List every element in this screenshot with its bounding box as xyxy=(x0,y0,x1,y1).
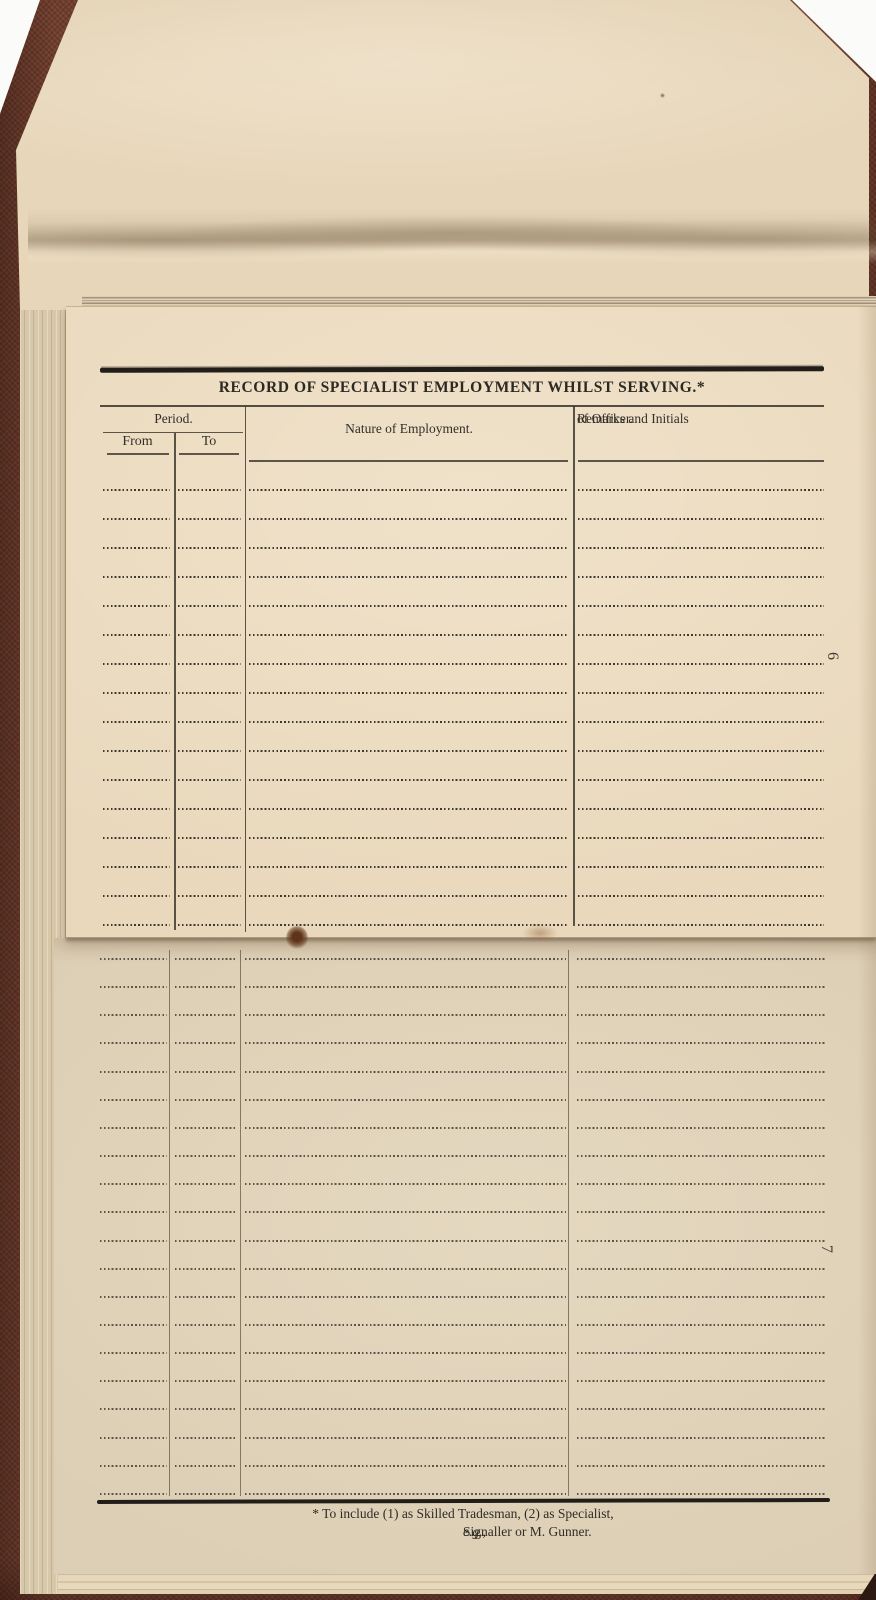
dotted-entry-line xyxy=(175,1127,236,1129)
dotted-entry-line xyxy=(100,1380,167,1382)
dotted-entry-line xyxy=(245,1042,566,1044)
dotted-entry-line xyxy=(100,1352,167,1354)
ink-stain xyxy=(286,926,308,950)
dotted-entry-line xyxy=(578,866,824,868)
dotted-entry-line xyxy=(578,489,824,491)
dotted-entry-line xyxy=(578,808,824,810)
thin-rule-under-title xyxy=(100,405,824,407)
dotted-entry-line xyxy=(175,1437,236,1439)
dotted-entry-line xyxy=(178,837,241,839)
dotted-entry-line xyxy=(249,692,568,694)
dotted-entry-line xyxy=(577,1268,826,1270)
dotted-entry-line xyxy=(245,1352,566,1354)
dotted-entry-line xyxy=(178,808,241,810)
dotted-entry-line xyxy=(103,837,170,839)
dotted-entry-line xyxy=(175,1071,236,1073)
dotted-entry-line xyxy=(103,779,170,781)
footnote-rest: Signaller or M. Gunner. xyxy=(463,1524,592,1540)
column-header-from: From xyxy=(103,434,172,450)
dotted-entry-line xyxy=(103,634,170,636)
dotted-entry-line xyxy=(178,721,241,723)
column-divider-from-to xyxy=(174,433,176,930)
dotted-entry-line xyxy=(175,1352,236,1354)
dotted-entry-line xyxy=(103,721,170,723)
smudge-stain xyxy=(522,924,558,942)
dotted-entry-line xyxy=(175,1408,236,1410)
to-underline xyxy=(179,453,239,455)
dotted-entry-line xyxy=(578,634,824,636)
dotted-entry-line xyxy=(249,837,568,839)
dotted-entry-line xyxy=(578,518,824,520)
column-divider-nature-remarks-p7 xyxy=(568,950,569,1496)
dotted-entry-line xyxy=(103,866,170,868)
remarks-header-line2: of Officer. xyxy=(577,412,633,427)
dotted-entry-line xyxy=(577,986,826,988)
dotted-entry-line xyxy=(578,663,824,665)
dotted-entry-line xyxy=(245,1211,566,1213)
dotted-entry-line xyxy=(175,1493,236,1495)
dotted-entry-line xyxy=(100,1211,167,1213)
dotted-entry-line xyxy=(103,605,170,607)
dotted-entry-line xyxy=(175,1099,236,1101)
nature-header-underline xyxy=(249,460,568,462)
dotted-entry-line xyxy=(577,1071,826,1073)
dotted-entry-line xyxy=(175,1380,236,1382)
dotted-entry-line xyxy=(249,489,568,491)
dotted-entry-line xyxy=(249,721,568,723)
page-leaf-6 xyxy=(66,306,876,938)
dotted-entry-line xyxy=(245,1127,566,1129)
dotted-entry-line xyxy=(175,1042,236,1044)
column-header-period: Period. xyxy=(103,411,244,427)
record-book-scan: RECORD OF SPECIALIST EMPLOYMENT WHILST S… xyxy=(0,0,876,1600)
dotted-entry-line xyxy=(178,750,241,752)
dotted-entry-line xyxy=(578,721,824,723)
page-number-6: 6 xyxy=(821,645,843,667)
dotted-entry-line xyxy=(178,576,241,578)
dotted-entry-line xyxy=(245,1465,566,1467)
dotted-entry-line xyxy=(245,1099,566,1101)
dotted-entry-line xyxy=(577,1493,826,1495)
column-divider-nature-remarks xyxy=(573,406,575,926)
dotted-entry-line xyxy=(100,1465,167,1467)
dotted-entry-line xyxy=(578,576,824,578)
dotted-entry-line xyxy=(103,663,170,665)
page-title: RECORD OF SPECIALIST EMPLOYMENT WHILST S… xyxy=(100,379,824,397)
dotted-entry-line xyxy=(100,1099,167,1101)
dotted-entry-line xyxy=(178,895,241,897)
dotted-entry-line xyxy=(577,1465,826,1467)
dotted-entry-line xyxy=(578,779,824,781)
dotted-entry-line xyxy=(100,1014,167,1016)
dotted-entry-line xyxy=(178,489,241,491)
dotted-entry-line xyxy=(103,576,170,578)
dotted-entry-line xyxy=(175,1211,236,1213)
dotted-entry-line xyxy=(178,634,241,636)
dotted-entry-line xyxy=(103,489,170,491)
dotted-entry-line xyxy=(100,1437,167,1439)
dotted-entry-line xyxy=(100,1127,167,1129)
dotted-entry-line xyxy=(577,958,826,960)
paper-speck xyxy=(660,93,665,98)
dotted-entry-line xyxy=(245,1408,566,1410)
column-divider-from-to-p7 xyxy=(169,950,170,1496)
dotted-entry-line xyxy=(100,986,167,988)
bottom-page-edge-stack xyxy=(58,1574,876,1594)
dotted-entry-line xyxy=(249,518,568,520)
dotted-entry-line xyxy=(245,1324,566,1326)
dotted-entry-line xyxy=(577,1324,826,1326)
dotted-entry-line xyxy=(175,1268,236,1270)
dotted-entry-line xyxy=(249,547,568,549)
dotted-entry-line xyxy=(175,1155,236,1157)
paper-crease xyxy=(28,203,876,267)
dotted-entry-line xyxy=(577,1127,826,1129)
dotted-entry-line xyxy=(245,1437,566,1439)
dotted-entry-line xyxy=(577,1155,826,1157)
dotted-entry-line xyxy=(100,1493,167,1495)
dotted-entry-line xyxy=(245,1071,566,1073)
dotted-entry-line xyxy=(245,1155,566,1157)
dotted-entry-line xyxy=(577,1380,826,1382)
dotted-entry-line xyxy=(245,1240,566,1242)
dotted-entry-line xyxy=(577,1099,826,1101)
dotted-entry-line xyxy=(245,986,566,988)
dotted-entry-line xyxy=(178,692,241,694)
dotted-entry-line xyxy=(249,576,568,578)
dotted-entry-line xyxy=(175,958,236,960)
dotted-entry-line xyxy=(103,808,170,810)
dotted-entry-line xyxy=(577,1042,826,1044)
dotted-entry-line xyxy=(249,779,568,781)
dotted-entry-line xyxy=(175,986,236,988)
dotted-entry-line xyxy=(100,958,167,960)
dotted-entry-line xyxy=(578,547,824,549)
dotted-entry-line xyxy=(178,663,241,665)
dotted-entry-line xyxy=(100,1408,167,1410)
dotted-entry-line xyxy=(249,663,568,665)
dotted-entry-line xyxy=(103,547,170,549)
dotted-entry-line xyxy=(245,1296,566,1298)
dotted-entry-line xyxy=(175,1296,236,1298)
dotted-entry-line xyxy=(577,1240,826,1242)
column-divider-to-nature-p7 xyxy=(240,950,241,1496)
page-leaf-7 xyxy=(54,938,876,1574)
dotted-entry-line xyxy=(577,1014,826,1016)
dotted-entry-line xyxy=(175,1465,236,1467)
dotted-entry-line xyxy=(178,605,241,607)
dotted-entry-line xyxy=(100,1324,167,1326)
column-header-to: To xyxy=(176,434,242,450)
dotted-entry-line xyxy=(245,1183,566,1185)
column-divider-to-nature xyxy=(245,406,247,932)
dotted-entry-line xyxy=(103,692,170,694)
dotted-entry-line xyxy=(100,1240,167,1242)
dotted-entry-line xyxy=(103,924,170,926)
dotted-entry-line xyxy=(100,1155,167,1157)
dotted-entry-line xyxy=(175,1183,236,1185)
from-underline xyxy=(107,453,169,455)
dotted-entry-line xyxy=(245,1493,566,1495)
dotted-entry-line xyxy=(103,750,170,752)
dotted-entry-line xyxy=(577,1183,826,1185)
dotted-entry-line xyxy=(577,1211,826,1213)
dotted-entry-line xyxy=(578,837,824,839)
dotted-entry-line xyxy=(178,924,241,926)
dotted-entry-line xyxy=(577,1408,826,1410)
dotted-entry-line xyxy=(100,1042,167,1044)
dotted-entry-line xyxy=(578,692,824,694)
dotted-entry-line xyxy=(249,605,568,607)
dotted-entry-line xyxy=(178,547,241,549)
dotted-entry-line xyxy=(249,750,568,752)
dotted-entry-line xyxy=(100,1296,167,1298)
remarks-header-underline xyxy=(578,460,824,462)
dotted-entry-line xyxy=(577,1352,826,1354)
dotted-entry-line xyxy=(178,779,241,781)
period-underline xyxy=(103,432,243,434)
dotted-entry-line xyxy=(245,958,566,960)
dotted-entry-line xyxy=(175,1324,236,1326)
dotted-entry-line xyxy=(178,866,241,868)
dotted-entry-line xyxy=(178,518,241,520)
dotted-entry-line xyxy=(175,1240,236,1242)
page-number-7: 7 xyxy=(815,1238,837,1260)
dotted-entry-line xyxy=(249,866,568,868)
dotted-entry-line xyxy=(578,605,824,607)
dotted-entry-line xyxy=(577,1437,826,1439)
dotted-entry-line xyxy=(100,1071,167,1073)
dotted-entry-line xyxy=(577,1296,826,1298)
column-header-nature-of-employment: Nature of Employment. xyxy=(249,421,569,437)
dotted-entry-line xyxy=(245,1268,566,1270)
dotted-entry-line xyxy=(103,518,170,520)
dotted-entry-line xyxy=(245,1380,566,1382)
dotted-entry-line xyxy=(578,750,824,752)
dotted-entry-line xyxy=(578,924,824,926)
footnote-line1: * To include (1) as Skilled Tradesman, (… xyxy=(100,1506,826,1522)
dotted-entry-line xyxy=(245,1014,566,1016)
dotted-entry-line xyxy=(578,895,824,897)
dotted-entry-line xyxy=(249,634,568,636)
dotted-entry-line xyxy=(100,1183,167,1185)
dotted-entry-line xyxy=(103,895,170,897)
dotted-entry-line xyxy=(249,808,568,810)
dotted-entry-line xyxy=(100,1268,167,1270)
dotted-entry-line xyxy=(175,1014,236,1016)
dotted-entry-line xyxy=(249,895,568,897)
